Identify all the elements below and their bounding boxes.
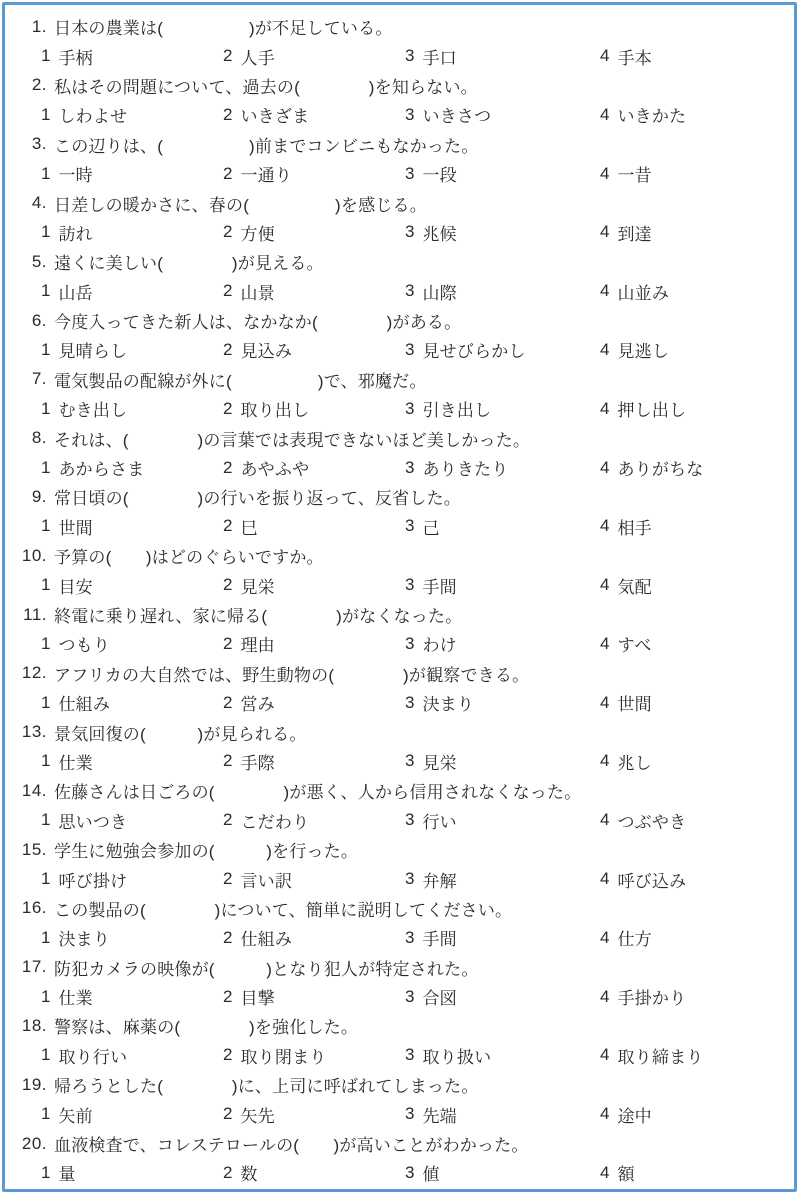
option-label: 世間 [58,514,92,539]
answer-option-3[interactable]: 3己 [405,514,600,539]
option-label: 一時 [58,161,92,186]
question-line: 17.防犯カメラの映像が( )となり犯人が特定された。 [11,953,788,982]
option-label: 量 [58,1160,75,1185]
option-number: 4 [600,810,609,830]
question-text: 佐藤さんは日ごろの( )が悪く、人から信用されなくなった。 [54,778,581,803]
option-number: 3 [405,693,414,713]
question-text: この製品の( )について、簡単に説明してください。 [54,896,512,921]
option-number: 3 [405,458,414,478]
answer-option-3[interactable]: 3山際 [405,279,600,304]
option-number: 2 [223,928,232,948]
option-number: 2 [223,810,232,830]
answer-option-2[interactable]: 2数 [223,1160,405,1185]
question-text: 日差しの暖かさに、春の( )を感じる。 [54,191,427,216]
option-number: 2 [223,458,232,478]
option-label: 兆候 [422,220,456,245]
option-label: すべ [617,631,651,656]
option-number: 3 [405,634,414,654]
option-number: 4 [600,222,609,242]
question-block: 14.佐藤さんは日ごろの( )が悪く、人から信用されなくなった。 1思いつき 2… [11,776,788,835]
option-label: 己 [422,514,439,539]
question-number: 10. [11,546,47,566]
option-label: 決まり [58,925,110,950]
answer-option-4[interactable]: 4つぶやき [600,808,788,833]
answer-option-4[interactable]: 4相手 [600,514,788,539]
option-number: 2 [223,575,232,595]
answer-option-1[interactable]: 1見晴らし [41,337,223,362]
answer-option-3[interactable]: 3取り扱い [405,1043,600,1068]
option-label: 合図 [422,984,456,1009]
option-number: 3 [405,1104,414,1124]
answer-option-3[interactable]: 3合図 [405,984,600,1009]
answer-option-4[interactable]: 4いきかた [600,102,788,127]
question-number: 8. [11,428,47,448]
option-label: 値 [422,1160,439,1185]
option-label: ありきたり [422,455,508,480]
answer-option-3[interactable]: 3引き出し [405,396,600,421]
answer-option-1[interactable]: 1量 [41,1160,223,1185]
option-label: 決まり [422,690,474,715]
option-number: 4 [600,693,609,713]
option-number: 1 [41,1163,50,1183]
option-label: 山景 [240,279,274,304]
option-label: 取り閉まり [240,1043,326,1068]
question-line: 20.血液検査で、コレステロールの( )が高いことがわかった。 [11,1129,788,1158]
answer-option-2[interactable]: 2あやふや [223,455,405,480]
question-block: 20.血液検査で、コレステロールの( )が高いことがわかった。 1量 2数 3値 [11,1129,788,1188]
question-text: アフリカの大自然では、野生動物の( )が観察できる。 [54,661,529,686]
option-label: こだわり [240,808,309,833]
option-label: 仕業 [58,749,92,774]
option-number: 3 [405,869,414,889]
answer-option-2[interactable]: 2取り出し [223,396,405,421]
answer-option-3[interactable]: 3手口 [405,44,600,69]
answer-option-4[interactable]: 4すべ [600,631,788,656]
option-label: 取り行い [58,1043,127,1068]
question-text: 防犯カメラの映像が( )となり犯人が特定された。 [54,955,479,980]
option-number: 2 [223,516,232,536]
answer-option-4[interactable]: 4押し出し [600,396,788,421]
answer-option-1[interactable]: 1仕業 [41,984,223,1009]
option-number: 1 [41,458,50,478]
option-label: 手間 [422,573,456,598]
answer-option-1[interactable]: 1むき出し [41,396,223,421]
question-number: 14. [11,781,47,801]
answer-option-4[interactable]: 4仕方 [600,925,788,950]
option-label: 訪れ [58,220,92,245]
answer-option-1[interactable]: 1仕業 [41,749,223,774]
option-number: 1 [41,105,50,125]
options-row: 1手柄 2人手 3手口 4手本 [41,41,788,70]
question-block: 12.アフリカの大自然では、野生動物の( )が観察できる。 1仕組み 2営み 3… [11,659,788,718]
option-number: 3 [405,810,414,830]
option-label: わけ [422,631,456,656]
question-text: 終電に乗り遅れ、家に帰る( )がなくなった。 [54,602,462,627]
answer-option-2[interactable]: 2手際 [223,749,405,774]
answer-option-3[interactable]: 3ありきたり [405,455,600,480]
option-number: 3 [405,987,414,1007]
options-row: 1むき出し 2取り出し 3引き出し 4押し出し [41,394,788,423]
option-label: 一昔 [617,161,651,186]
question-line: 5.遠くに美しい( )が見える。 [11,247,788,276]
option-number: 4 [600,281,609,301]
question-number: 7. [11,369,47,389]
option-number: 1 [41,693,50,713]
question-line: 10.予算の( )はどのぐらいですか。 [11,541,788,570]
option-number: 1 [41,810,50,830]
question-number: 15. [11,840,47,860]
option-label: 見込み [240,337,292,362]
question-number: 4. [11,193,47,213]
answer-option-1[interactable]: 1手柄 [41,44,223,69]
option-label: 巳 [240,514,257,539]
question-line: 15.学生に勉強会参加の( )を行った。 [11,835,788,864]
option-label: 呼び掛け [58,867,127,892]
option-number: 4 [600,105,609,125]
answer-option-3[interactable]: 3弁解 [405,867,600,892]
question-line: 3.この辺りは、( )前までコンビニもなかった。 [11,130,788,159]
option-number: 1 [41,46,50,66]
option-number: 1 [41,399,50,419]
option-label: 一通り [240,161,292,186]
option-label: 相手 [617,514,651,539]
option-number: 4 [600,516,609,536]
answer-option-2[interactable]: 2取り閉まり [223,1043,405,1068]
answer-option-2[interactable]: 2目撃 [223,984,405,1009]
quiz-sheet: 1.日本の農業は( )が不足している。 1手柄 2人手 3手口 [2,2,797,1192]
answer-option-2[interactable]: 2言い訳 [223,867,405,892]
option-label: 矢先 [240,1102,274,1127]
answer-option-4[interactable]: 4気配 [600,573,788,598]
answer-option-3[interactable]: 3行い [405,808,600,833]
question-block: 1.日本の農業は( )が不足している。 1手柄 2人手 3手口 [11,12,788,71]
answer-option-4[interactable]: 4呼び込み [600,867,788,892]
options-row: 1量 2数 3値 4額 [41,1158,788,1187]
option-number: 3 [405,105,414,125]
option-number: 4 [600,987,609,1007]
answer-option-4[interactable]: 4手本 [600,44,788,69]
answer-option-3[interactable]: 3見栄 [405,749,600,774]
option-label: 仕業 [58,984,92,1009]
option-label: あやふや [240,455,309,480]
question-line: 11.終電に乗り遅れ、家に帰る( )がなくなった。 [11,600,788,629]
option-number: 1 [41,928,50,948]
question-line: 4.日差しの暖かさに、春の( )を感じる。 [11,188,788,217]
options-row: 1仕業 2目撃 3合図 4手掛かり [41,982,788,1011]
answer-option-2[interactable]: 2こだわり [223,808,405,833]
option-label: 取り扱い [422,1043,491,1068]
question-text: 帰ろうとした( )に、上司に呼ばれてしまった。 [54,1072,479,1097]
option-number: 2 [223,399,232,419]
option-label: 手際 [240,749,274,774]
option-number: 2 [223,987,232,1007]
answer-option-3[interactable]: 3いきさつ [405,102,600,127]
question-line: 2.私はその問題について、過去の( )を知らない。 [11,71,788,100]
question-text: 電気製品の配線が外に( )で、邪魔だ。 [54,367,427,392]
option-number: 2 [223,1163,232,1183]
answer-option-1[interactable]: 1仕組み [41,690,223,715]
option-label: 兆し [617,749,651,774]
option-number: 4 [600,575,609,595]
option-number: 4 [600,1163,609,1183]
question-line: 18.警察は、麻薬の( )を強化した。 [11,1011,788,1040]
answer-option-2[interactable]: 2方便 [223,220,405,245]
option-number: 1 [41,987,50,1007]
question-line: 12.アフリカの大自然では、野生動物の( )が観察できる。 [11,659,788,688]
page: 1.日本の農業は( )が不足している。 1手柄 2人手 3手口 [0,0,800,1196]
option-number: 2 [223,1045,232,1065]
question-text: 私はその問題について、過去の( )を知らない。 [54,73,478,98]
option-label: 目撃 [240,984,274,1009]
option-number: 1 [41,575,50,595]
option-number: 2 [223,281,232,301]
option-number: 1 [41,1045,50,1065]
option-label: 思いつき [58,808,127,833]
question-text: 警察は、麻薬の( )を強化した。 [54,1013,358,1038]
option-number: 4 [600,458,609,478]
question-number: 13. [11,722,47,742]
question-text: 遠くに美しい( )が見える。 [54,249,324,274]
option-label: 仕方 [617,925,651,950]
option-number: 1 [41,634,50,654]
answer-option-2[interactable]: 2見込み [223,337,405,362]
question-block: 11.終電に乗り遅れ、家に帰る( )がなくなった。 1つもり 2理由 3わけ [11,600,788,659]
answer-option-4[interactable]: 4手掛かり [600,984,788,1009]
option-label: 世間 [617,690,651,715]
option-number: 3 [405,575,414,595]
question-text: 予算の( )はどのぐらいですか。 [54,543,324,568]
option-label: しわよせ [58,102,127,127]
option-number: 1 [41,222,50,242]
option-label: 見逃し [617,337,669,362]
option-number: 3 [405,1045,414,1065]
question-text: 常日頃の( )の行いを振り返って、反省した。 [54,484,461,509]
answer-option-2[interactable]: 2理由 [223,631,405,656]
question-block: 13.景気回復の( )が見られる。 1仕業 2手際 3見栄 [11,717,788,776]
option-number: 3 [405,516,414,536]
answer-option-2[interactable]: 2いきざま [223,102,405,127]
answer-option-3[interactable]: 3決まり [405,690,600,715]
question-block: 6.今度入ってきた新人は、なかなか( )がある。 1見晴らし 2見込み 3見せび… [11,306,788,365]
answer-option-4[interactable]: 4見逃し [600,337,788,362]
answer-option-4[interactable]: 4途中 [600,1102,788,1127]
answer-option-1[interactable]: 1一時 [41,161,223,186]
option-label: 理由 [240,631,274,656]
answer-option-3[interactable]: 3先端 [405,1102,600,1127]
question-number: 9. [11,487,47,507]
option-number: 4 [600,399,609,419]
option-label: 山際 [422,279,456,304]
answer-option-1[interactable]: 1思いつき [41,808,223,833]
option-label: 行い [422,808,456,833]
question-number: 17. [11,957,47,977]
option-label: 到達 [617,220,651,245]
option-number: 2 [223,751,232,771]
option-label: 押し出し [617,396,686,421]
options-row: 1見晴らし 2見込み 3見せびらかし 4見逃し [41,335,788,364]
question-number: 20. [11,1134,47,1154]
option-number: 3 [405,399,414,419]
option-label: つもり [58,631,110,656]
answer-option-3[interactable]: 3値 [405,1160,600,1185]
options-row: 1矢前 2矢先 3先端 4途中 [41,1099,788,1128]
options-row: 1山岳 2山景 3山際 4山並み [41,277,788,306]
answer-option-4[interactable]: 4到達 [600,220,788,245]
answer-option-1[interactable]: 1世間 [41,514,223,539]
question-text: 血液検査で、コレステロールの( )が高いことがわかった。 [54,1131,529,1156]
answer-option-3[interactable]: 3一段 [405,161,600,186]
answer-option-2[interactable]: 2営み [223,690,405,715]
question-number: 18. [11,1016,47,1036]
option-label: 山並み [617,279,669,304]
question-text: 日本の農業は( )が不足している。 [54,14,393,39]
option-number: 1 [41,281,50,301]
option-label: 途中 [617,1102,651,1127]
options-row: 1つもり 2理由 3わけ 4すべ [41,629,788,658]
question-line: 1.日本の農業は( )が不足している。 [11,12,788,41]
question-block: 8.それは、( )の言葉では表現できないほど美しかった。 1あからさま 2あやふ… [11,423,788,482]
option-label: 引き出し [422,396,491,421]
option-label: 目安 [58,573,92,598]
answer-option-3[interactable]: 3兆候 [405,220,600,245]
option-label: 見晴らし [58,337,127,362]
option-label: 矢前 [58,1102,92,1127]
answer-option-1[interactable]: 1訪れ [41,220,223,245]
option-number: 2 [223,340,232,360]
question-block: 10.予算の( )はどのぐらいですか。 1目安 2見栄 3手間 [11,541,788,600]
question-block: 19.帰ろうとした( )に、上司に呼ばれてしまった。 1矢前 2矢先 3先端 [11,1070,788,1129]
answer-option-1[interactable]: 1目安 [41,573,223,598]
answer-option-4[interactable]: 4兆し [600,749,788,774]
option-number: 3 [405,222,414,242]
question-line: 13.景気回復の( )が見られる。 [11,717,788,746]
options-row: 1仕組み 2営み 3決まり 4世間 [41,688,788,717]
option-label: いきかた [617,102,686,127]
option-number: 2 [223,164,232,184]
answer-option-2[interactable]: 2巳 [223,514,405,539]
answer-option-1[interactable]: 1あからさま [41,455,223,480]
answer-option-2[interactable]: 2矢先 [223,1102,405,1127]
answer-option-2[interactable]: 2山景 [223,279,405,304]
option-number: 4 [600,634,609,654]
option-label: 弁解 [422,867,456,892]
option-number: 3 [405,751,414,771]
option-number: 4 [600,340,609,360]
question-text: 今度入ってきた新人は、なかなか( )がある。 [54,308,461,333]
answer-option-1[interactable]: 1つもり [41,631,223,656]
answer-option-4[interactable]: 4一昔 [600,161,788,186]
answer-option-1[interactable]: 1矢前 [41,1102,223,1127]
question-line: 16.この製品の( )について、簡単に説明してください。 [11,894,788,923]
option-label: 手間 [422,925,456,950]
option-number: 3 [405,340,414,360]
option-label: 営み [240,690,274,715]
answer-option-3[interactable]: 3手間 [405,925,600,950]
answer-option-1[interactable]: 1決まり [41,925,223,950]
question-text: 景気回復の( )が見られる。 [54,720,307,745]
options-row: 1思いつき 2こだわり 3行い 4つぶやき [41,806,788,835]
question-list: 1.日本の農業は( )が不足している。 1手柄 2人手 3手口 [11,12,788,1188]
option-label: 気配 [617,573,651,598]
option-number: 1 [41,164,50,184]
option-number: 2 [223,1104,232,1124]
option-label: 仕組み [240,925,292,950]
option-number: 4 [600,1045,609,1065]
answer-option-2[interactable]: 2一通り [223,161,405,186]
option-label: 見せびらかし [422,337,525,362]
option-number: 4 [600,751,609,771]
options-row: 1決まり 2仕組み 3手間 4仕方 [41,923,788,952]
option-label: 一段 [422,161,456,186]
answer-option-3[interactable]: 3わけ [405,631,600,656]
answer-option-4[interactable]: 4額 [600,1160,788,1185]
question-line: 19.帰ろうとした( )に、上司に呼ばれてしまった。 [11,1070,788,1099]
options-row: 1あからさま 2あやふや 3ありきたり 4ありがちな [41,453,788,482]
answer-option-3[interactable]: 3見せびらかし [405,337,600,362]
question-block: 3.この辺りは、( )前までコンビニもなかった。 1一時 2一通り 3一段 [11,130,788,189]
question-line: 9.常日頃の( )の行いを振り返って、反省した。 [11,482,788,511]
answer-option-1[interactable]: 1呼び掛け [41,867,223,892]
options-row: 1呼び掛け 2言い訳 3弁解 4呼び込み [41,864,788,893]
option-number: 3 [405,46,414,66]
answer-option-1[interactable]: 1山岳 [41,279,223,304]
answer-option-4[interactable]: 4取り締まり [600,1043,788,1068]
question-number: 5. [11,252,47,272]
options-row: 1目安 2見栄 3手間 4気配 [41,570,788,599]
answer-option-2[interactable]: 2仕組み [223,925,405,950]
answer-option-3[interactable]: 3手間 [405,573,600,598]
option-label: ありがちな [617,455,703,480]
answer-option-4[interactable]: 4山並み [600,279,788,304]
options-row: 1世間 2巳 3己 4相手 [41,512,788,541]
option-label: 手掛かり [617,984,686,1009]
options-row: 1訪れ 2方便 3兆候 4到達 [41,218,788,247]
option-number: 1 [41,751,50,771]
question-number: 16. [11,898,47,918]
answer-option-4[interactable]: 4ありがちな [600,455,788,480]
question-text: この辺りは、( )前までコンビニもなかった。 [54,132,479,157]
options-row: 1仕業 2手際 3見栄 4兆し [41,747,788,776]
answer-option-4[interactable]: 4世間 [600,690,788,715]
question-block: 18.警察は、麻薬の( )を強化した。 1取り行い 2取り閉まり 3取り扱い [11,1011,788,1070]
question-number: 2. [11,75,47,95]
option-label: 手口 [422,44,456,69]
question-line: 6.今度入ってきた新人は、なかなか( )がある。 [11,306,788,335]
option-label: 数 [240,1160,257,1185]
option-number: 3 [405,1163,414,1183]
question-number: 12. [11,663,47,683]
question-block: 17.防犯カメラの映像が( )となり犯人が特定された。 1仕業 2目撃 3合図 [11,953,788,1012]
question-block: 15.学生に勉強会参加の( )を行った。 1呼び掛け 2言い訳 3弁解 [11,835,788,894]
answer-option-1[interactable]: 1取り行い [41,1043,223,1068]
option-number: 3 [405,281,414,301]
answer-option-2[interactable]: 2人手 [223,44,405,69]
answer-option-2[interactable]: 2見栄 [223,573,405,598]
answer-option-1[interactable]: 1しわよせ [41,102,223,127]
option-label: 人手 [240,44,274,69]
option-label: 仕組み [58,690,110,715]
question-text: 学生に勉強会参加の( )を行った。 [54,837,358,862]
option-number: 1 [41,1104,50,1124]
option-label: 先端 [422,1102,456,1127]
question-text: それは、( )の言葉では表現できないほど美しかった。 [54,426,530,451]
question-block: 2.私はその問題について、過去の( )を知らない。 1しわよせ 2いきざま 3い… [11,71,788,130]
option-number: 2 [223,869,232,889]
question-block: 5.遠くに美しい( )が見える。 1山岳 2山景 3山際 [11,247,788,306]
option-number: 2 [223,46,232,66]
question-number: 19. [11,1075,47,1095]
option-number: 3 [405,164,414,184]
